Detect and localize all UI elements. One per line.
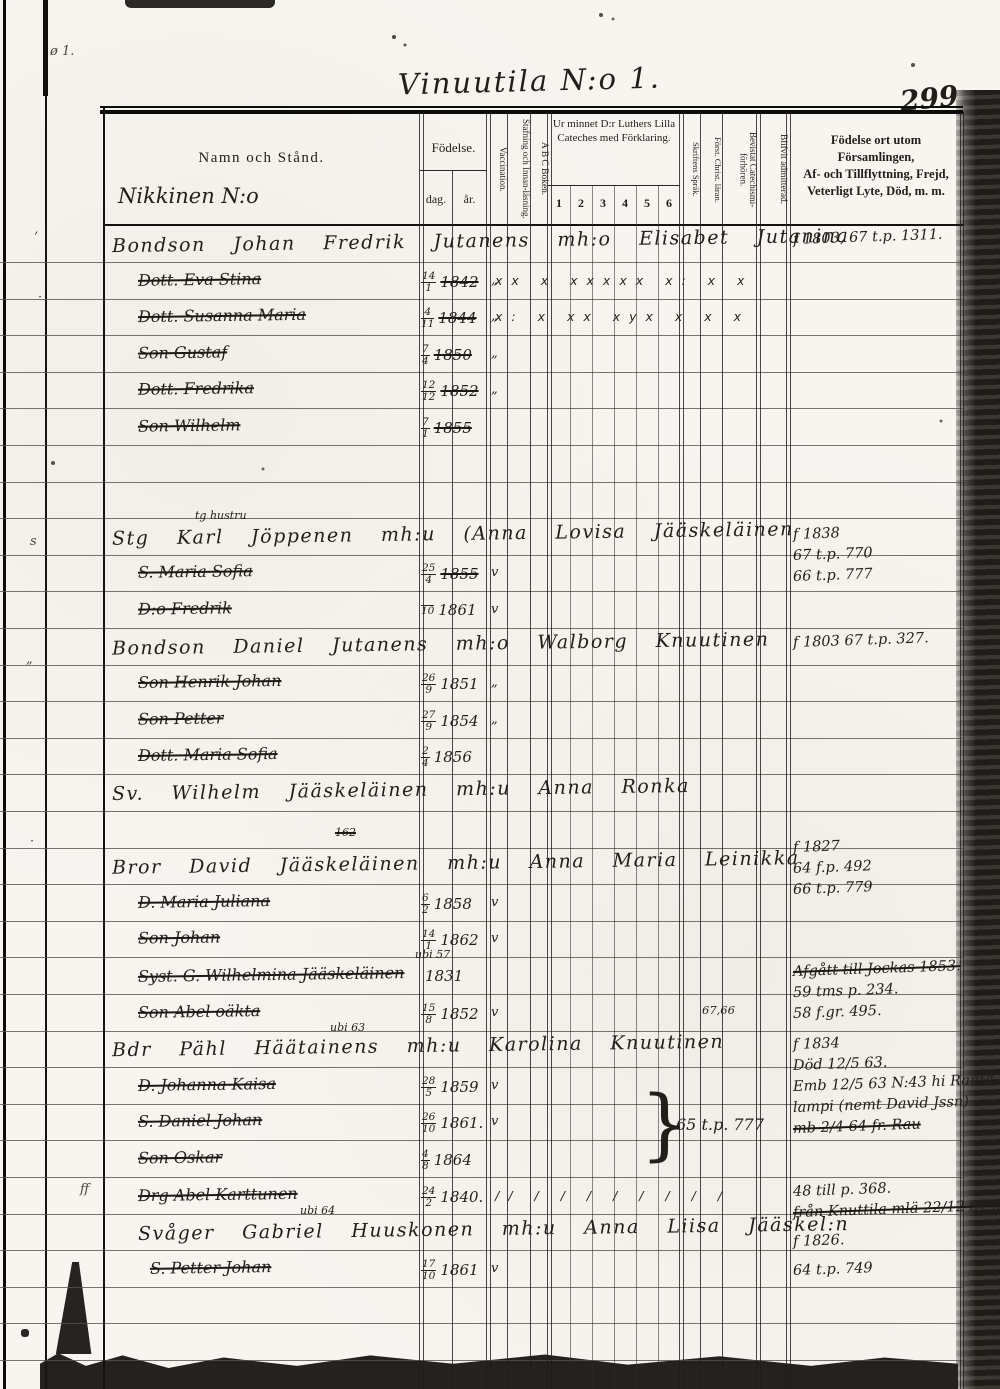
column-rule: [756, 112, 757, 1389]
birth-day-fraction: 242: [421, 1186, 436, 1208]
ink-specks: [0, 0, 2, 2]
column-rule: [786, 112, 787, 1389]
scanned-parish-register-page: Vinuutila N:o 1. 299 Namn och Stånd. Nik…: [0, 0, 1000, 1389]
entry-name: S. Petter Johan: [150, 1257, 272, 1278]
catechism-col-number: 5: [636, 196, 658, 211]
birth-day-fraction: 74: [421, 344, 430, 366]
entry-name: D. Maria Juliana: [138, 891, 270, 912]
birth-day-fraction: 24: [421, 746, 430, 768]
entry-exam-marks: xx x xxxxx x: x x: [495, 273, 753, 288]
entry-birth-date: 241856: [421, 746, 472, 768]
row-rule: [0, 299, 963, 300]
entry-birth-date: 1831: [421, 966, 463, 985]
birth-year: 1844: [438, 309, 476, 327]
entry-name: Dott. Susanna Maria: [138, 305, 306, 326]
row-rule: [0, 262, 963, 263]
birth-day-fraction: 158: [421, 1003, 436, 1025]
row-rule: [0, 445, 963, 446]
row-rule: [0, 1323, 963, 1324]
entry-note: 64 t.p. 749: [793, 1260, 873, 1279]
birth-year: 1862: [440, 931, 478, 949]
entry-birth-date: 17101861: [421, 1259, 479, 1281]
entry-note: 48 till p. 368.: [793, 1181, 892, 1200]
entry-name: D. Johanna Kaisa: [138, 1074, 276, 1095]
birth-year: 1859: [440, 1078, 478, 1096]
catechism-col-number: 2: [570, 196, 592, 211]
margin-mark: s: [30, 534, 37, 549]
column-rule: [790, 112, 791, 1389]
birth-day-fraction: 1212: [421, 380, 436, 402]
entry-catechism-exam-mark: 67,66: [702, 1003, 735, 1017]
entry-name: Bdr Pähl Häätainens mh:u Karolina Knuuti…: [112, 1031, 724, 1062]
row-rule: [0, 628, 963, 629]
row-rule: [0, 518, 963, 519]
entry-note: f 1838: [793, 525, 840, 543]
column-rule: [760, 112, 761, 1389]
header-name-col-handwritten: Nikkinen N:o: [118, 184, 259, 208]
entry-name: Son Wilhelm: [138, 415, 241, 435]
entry-note: lampi (nemt David Jssn): [793, 1094, 969, 1116]
header-catechism-exam: Bevistat Catechismi-förhören.: [723, 116, 757, 223]
entry-birth-date: 101861: [421, 600, 477, 619]
row-rule: [0, 665, 963, 666]
header-birth-day: dag.: [420, 192, 452, 207]
margin-mark: ff: [80, 1182, 89, 1197]
column-rule: [963, 112, 964, 1389]
entry-birth-date: 4111844: [421, 307, 477, 329]
row-rule: [0, 957, 963, 958]
entry-note: 66 t.p. 779: [793, 879, 873, 898]
entry-ditto-or-check: „: [491, 382, 498, 397]
header-catechism: Ur minnet D:r Luthers Lilla Cateches med…: [550, 118, 678, 146]
page-title: Vinuutila N:o 1.: [398, 61, 662, 102]
entry-note: f 1826.: [793, 1232, 845, 1250]
birth-day-fraction: 1710: [421, 1259, 436, 1281]
header-admitted: Blifvit admitterad.: [758, 116, 787, 223]
header-abc-book: A B C Boken.: [530, 116, 548, 222]
birth-day-fraction: 71: [421, 417, 430, 439]
birth-year: 1861: [438, 601, 476, 619]
entry-name: Son Gustaf: [138, 342, 227, 362]
row-rule: [0, 1140, 963, 1141]
column-rule: [960, 112, 961, 1389]
entry-note: Död 12/5 63.: [793, 1055, 888, 1074]
entry-birth-date: 2541855: [421, 563, 479, 585]
entry-name: Dott. Fredrika: [138, 378, 254, 399]
birth-year: 1861.: [440, 1114, 483, 1132]
header-birth-year: år.: [452, 192, 487, 207]
row-rule: [0, 738, 963, 739]
margin-mark: ·: [38, 290, 42, 305]
birth-day-fraction: 62: [421, 893, 430, 915]
birth-year: 1854: [440, 712, 478, 730]
entry-ditto-or-check: „: [491, 712, 498, 727]
birth-day-fraction: 254: [421, 563, 436, 585]
entry-note: f 1834: [793, 1035, 840, 1053]
header-spelling: Stafning och Innan-läsning.: [507, 116, 530, 222]
entry-ditto-or-check: „: [491, 346, 498, 361]
entry-birth-date: 2691851: [421, 673, 479, 695]
entry-name: Svåger Gabriel Huuskonen mh:u Anna Liisa…: [138, 1213, 849, 1245]
table-top-rule-thin: [100, 106, 963, 108]
birth-day-fraction: 2610: [421, 1112, 436, 1134]
entry-ditto-or-check: v: [491, 565, 498, 580]
entry-superscript-note: ubi 64: [300, 1204, 335, 1217]
entry-birth-date: 26101861.: [421, 1112, 483, 1134]
entry-name: Bondson Daniel Jutanens mh:o Walborg Knu…: [112, 628, 770, 659]
row-rule: [0, 591, 963, 592]
entry-ditto-or-check: v: [491, 1005, 498, 1020]
entry-note: 64 f.p. 492: [793, 858, 872, 877]
entry-name: Bror David Jääskeläinen mh:u Anna Maria …: [112, 847, 800, 879]
entry-superscript-note: ubi 57: [415, 948, 450, 961]
left-margin-rule-cap: [43, 0, 48, 96]
row-rule: [0, 774, 963, 775]
brace-note: 65 t.p. 777: [676, 1115, 764, 1134]
header-birth: Födelse.: [420, 140, 487, 156]
row-rule: [0, 811, 963, 812]
birth-day-fraction: 411: [421, 307, 434, 329]
entry-ditto-or-check: „: [491, 675, 498, 690]
entry-name: S. Daniel Johan: [138, 1110, 262, 1131]
row-rule: [0, 1031, 963, 1032]
entry-note: f 1803 67 t.p. 327.: [793, 630, 929, 651]
entry-ditto-or-check: v: [491, 895, 498, 910]
birth-year: 1851: [440, 675, 478, 693]
entry-birth-date: 621858: [421, 893, 472, 915]
row-rule: [0, 1177, 963, 1178]
entry-note: 58 f.gr. 495.: [793, 1003, 882, 1022]
entry-name: Son Abel oäkta: [138, 1001, 261, 1022]
entry-name: Syst. G. Wilhelmina Jääskeläinen: [138, 963, 405, 986]
header-notes-col: Födelse ort utom Församlingen, Af- och T…: [792, 132, 960, 200]
column-rule: [490, 112, 491, 1389]
birth-year: 1855: [440, 565, 478, 583]
entry-name: D:o Fredrik: [138, 598, 232, 618]
entry-name: Dott. Eva Stina: [138, 269, 261, 290]
entry-note: f 1827: [793, 838, 840, 856]
birth-day-fraction: 10: [421, 605, 434, 617]
birth-header-divider: [420, 170, 487, 171]
entry-exam-marks: // / / / / / / / /: [495, 1188, 731, 1203]
entry-birth-date: 1581852: [421, 1003, 479, 1025]
bottom-scan-shadow: [40, 1347, 958, 1389]
entry-birth-date: 481864: [421, 1149, 472, 1171]
entry-exam-marks: x: x xx xyx x x x: [495, 309, 750, 324]
birth-day-fraction: 141: [421, 271, 436, 293]
entry-superscript-note: tg hustru: [195, 509, 247, 522]
entry-ditto-or-check: v: [491, 602, 498, 617]
entry-note: 66 t.p. 777: [793, 566, 873, 585]
birth-year: 1852: [440, 382, 478, 400]
row-rule: [0, 1360, 963, 1361]
entry-birth-date: 741850: [421, 344, 472, 366]
row-rule: [0, 482, 963, 483]
entry-ditto-or-check: v: [491, 1114, 498, 1129]
column-rule: [486, 112, 487, 1389]
birth-year: 1831: [425, 967, 463, 985]
birth-year: 1861: [440, 1261, 478, 1279]
entry-ditto-or-check: v: [491, 1261, 498, 1276]
ink-blot: [52, 1262, 100, 1354]
entry-name: Son Henrik Johan: [138, 671, 282, 692]
row-rule: [0, 921, 963, 922]
entry-name: Son Johan: [138, 927, 220, 947]
entry-ditto-or-check: v: [491, 1078, 498, 1093]
row-rule: [0, 408, 963, 409]
entry-name: Dott. Maria Sofia: [138, 744, 278, 765]
entry-ditto-or-check: v: [491, 931, 498, 946]
birth-day-fraction: 269: [421, 673, 436, 695]
entry-note: mb 2/4 64 fr. Rau: [793, 1117, 921, 1137]
birth-year: 1856: [434, 748, 472, 766]
row-rule: [0, 1250, 963, 1251]
entry-name: Sv. Wilhelm Jääskeläinen mh:u Anna Ronka: [112, 775, 690, 805]
left-margin-rule-outer: [3, 0, 6, 1389]
birth-day-fraction: 285: [421, 1076, 436, 1098]
entry-superscript-note: ubi 63: [330, 1021, 365, 1034]
birth-year: 1852: [440, 1005, 478, 1023]
table-left-rule: [103, 108, 105, 1389]
row-rule: [0, 1287, 963, 1288]
birth-day-fraction: 48: [421, 1149, 430, 1171]
entry-note: 67 t.p. 770: [793, 545, 873, 564]
entry-name: Son Oskar: [138, 1147, 222, 1167]
header-christian-doctrine: Först. Christ. läran.: [700, 116, 722, 223]
entry-birth-date: 2851859: [421, 1076, 479, 1098]
entry-note: 59 tms p. 234.: [793, 981, 899, 1001]
margin-mark: ·: [30, 834, 34, 849]
entry-name: Bondson Johan Fredrik Jutanens mh:o Elis…: [112, 225, 850, 257]
birth-year: 1850: [434, 346, 472, 364]
entry-birth-date: 12121852: [421, 380, 479, 402]
scan-smudge: [125, 0, 275, 8]
catechism-col-number: 4: [614, 196, 636, 211]
entry-birth-date: 1411842: [421, 271, 479, 293]
entry-birth-date: 2791854: [421, 710, 479, 732]
entry-name: Son Petter: [138, 708, 224, 728]
catechism-col-number: 3: [592, 196, 614, 211]
entry-birth-date: 711855: [421, 417, 472, 439]
birth-year: 1855: [434, 419, 472, 437]
birth-year: 1864: [434, 1151, 472, 1169]
left-margin-rule-inner: [45, 0, 47, 1389]
catechism-col-number: 6: [658, 196, 680, 211]
row-rule: [0, 335, 963, 336]
entry-name: S. Maria Sofia: [138, 561, 253, 582]
birth-year: 1840.: [440, 1188, 483, 1206]
entry-name: Drg Abel Karttunen: [138, 1184, 298, 1205]
entry-superscript-note: 162: [335, 826, 356, 839]
margin-mark: ’: [34, 230, 38, 245]
column-rule: [419, 112, 420, 1389]
birth-day-fraction: 279: [421, 710, 436, 732]
entry-note: Afgått till Jockas 1853.: [793, 958, 961, 980]
header-name-col: Namn och Stånd.: [103, 150, 420, 167]
birth-year: 1858: [434, 895, 472, 913]
margin-mark: ø 1.: [50, 44, 74, 59]
row-rule: [0, 701, 963, 702]
table-top-rule-thick: [100, 110, 963, 114]
row-rule: [0, 372, 963, 373]
margin-mark: „: [26, 652, 33, 667]
birth-year: 1842: [440, 273, 478, 291]
entry-birth-date: 2421840.: [421, 1186, 483, 1208]
